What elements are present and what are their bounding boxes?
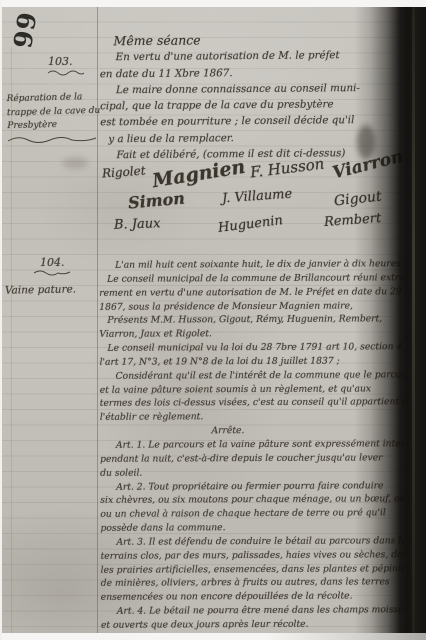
- margin-entry-number-103: 103.: [48, 55, 73, 68]
- page-number-stamp: 66: [0, 8, 41, 58]
- flourish-icon: [46, 69, 86, 77]
- signature: Simon: [127, 189, 185, 213]
- manuscript-line: Art. 4. Le bétail ne pourra être mené da…: [101, 603, 397, 618]
- manuscript-line: pendant la nuit, c'est-à-dire depuis le …: [100, 451, 396, 466]
- signature: Magnien: [151, 156, 247, 192]
- margin-rule: [97, 7, 98, 633]
- manuscript-line: Considérant qu'il est de l'intérêt de la…: [100, 368, 396, 383]
- manuscript-line: et ouverts que deux jours après leur réc…: [101, 617, 397, 632]
- margin-note-entry-103: Réparation de latrappe de la cave duPres…: [6, 91, 97, 134]
- manuscript-line: terrains clos, par des murs, palissades,…: [101, 548, 397, 563]
- signature: F. Husson: [249, 155, 325, 182]
- manuscript-line: 1867, sous la présidence de Monsieur Mag…: [99, 299, 395, 314]
- signature: Huguenin: [217, 213, 283, 236]
- manuscript-line: Viarron, Jaux et Rigolet.: [99, 326, 395, 341]
- manuscript-line: Art. 3. Il est défendu de conduire le bé…: [100, 534, 396, 549]
- signature: B. Jaux: [114, 216, 161, 233]
- scan-border-bottom: [0, 633, 426, 640]
- manuscript-line: Presbytère: [7, 118, 97, 134]
- flourish-icon: [6, 135, 98, 145]
- signature: Rigolet: [102, 163, 146, 180]
- manuscript-line: l'art 17, N°3, et 19 N°8 de la loi du 18…: [100, 354, 396, 369]
- manuscript-line: Le conseil municipal vu la loi du 28 7br…: [99, 340, 395, 355]
- signature: J. Villaume: [222, 187, 293, 207]
- manuscript-line: rement en vertu d'une autorisation de M.…: [99, 285, 395, 300]
- ink-smudge: [62, 157, 88, 169]
- manuscript-line: termes des lois ci-dessus visées, c'est …: [100, 396, 396, 411]
- scan-border-top: [0, 0, 426, 7]
- book-binding-shadow: [354, 7, 426, 633]
- scan-border-left: [0, 0, 2, 640]
- manuscript-line: Le conseil municipal de la commune de Br…: [99, 271, 395, 286]
- manuscript-line: Art. 1. Le parcours et la vaine pâture s…: [100, 437, 396, 452]
- manuscript-line: ou un cheval à raison de chaque hectare …: [100, 506, 396, 521]
- entry-104-text: L'an mil huit cent soixante huit, le dix…: [99, 257, 397, 632]
- manuscript-line: Présents M.M. Husson, Gigout, Rémy, Hugu…: [99, 313, 395, 328]
- manuscript-line: L'an mil huit cent soixante huit, le dix…: [99, 257, 395, 272]
- manuscript-line: trappe de la cave du: [7, 104, 97, 120]
- flourish-icon: [32, 269, 72, 277]
- paper: 66 103. Réparation de latrappe de la cav…: [2, 7, 426, 633]
- margin-note-entry-104: Vaine pature.: [5, 283, 76, 296]
- scanned-register-page: 66 103. Réparation de latrappe de la cav…: [0, 0, 426, 640]
